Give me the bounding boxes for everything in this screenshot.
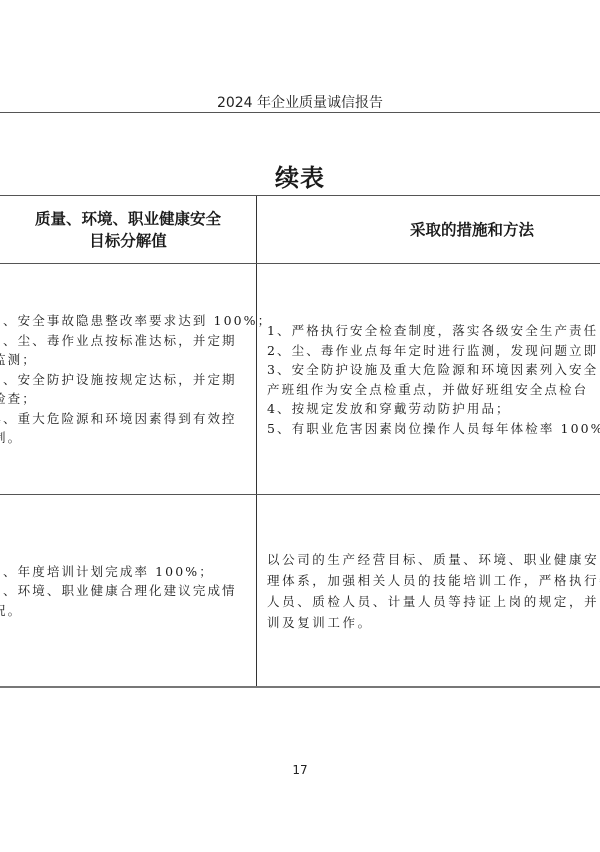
header-cell-measures: 采取的措施和方法 — [258, 196, 600, 264]
table-row: 1、年度培训计划完成率 100%； 2、环境、职业健康合理化建议完成情 况。 以… — [0, 494, 600, 687]
table-row: 1、安全事故隐患整改率要求达到 100%； 2、尘、毒作业点按标准达标，并定期 … — [0, 263, 600, 495]
measures-cell: 1、严格执行安全检查制度，落实各级安全生产责任 2、尘、毒作业点每年定时进行监测… — [258, 264, 600, 495]
table-bottom-rule — [0, 686, 600, 688]
table-header-row: 质量、环境、职业健康安全 目标分解值 采取的措施和方法 — [0, 195, 600, 264]
header-cell-targets: 质量、环境、职业健康安全 目标分解值 — [0, 196, 257, 264]
targets-cell: 1、安全事故隐患整改率要求达到 100%； 2、尘、毒作业点按标准达标，并定期 … — [0, 264, 257, 495]
measures-text: 1、严格执行安全检查制度，落实各级安全生产责任 2、尘、毒作业点每年定时进行监测… — [258, 321, 600, 438]
header-targets-label: 质量、环境、职业健康安全 目标分解值 — [35, 208, 221, 252]
page-number: 17 — [0, 763, 600, 777]
targets-text: 1、年度培训计划完成率 100%； 2、环境、职业健康合理化建议完成情 况。 — [0, 562, 237, 621]
measures-text: 以公司的生产经营目标、质量、环境、职业健康安 理体系，加强相关人员的技能培训工作… — [258, 549, 600, 633]
table-title: 续表 — [0, 158, 600, 193]
header-measures-label: 采取的措施和方法 — [410, 219, 534, 241]
measures-cell: 以公司的生产经营目标、质量、环境、职业健康安 理体系，加强相关人员的技能培训工作… — [258, 495, 600, 687]
targets-cell: 1、年度培训计划完成率 100%； 2、环境、职业健康合理化建议完成情 况。 — [0, 495, 257, 687]
header-rule — [0, 112, 600, 113]
targets-text: 1、安全事故隐患整改率要求达到 100%； 2、尘、毒作业点按标准达标，并定期 … — [0, 311, 272, 448]
running-header: 2024 年企业质量诚信报告 — [0, 92, 600, 112]
